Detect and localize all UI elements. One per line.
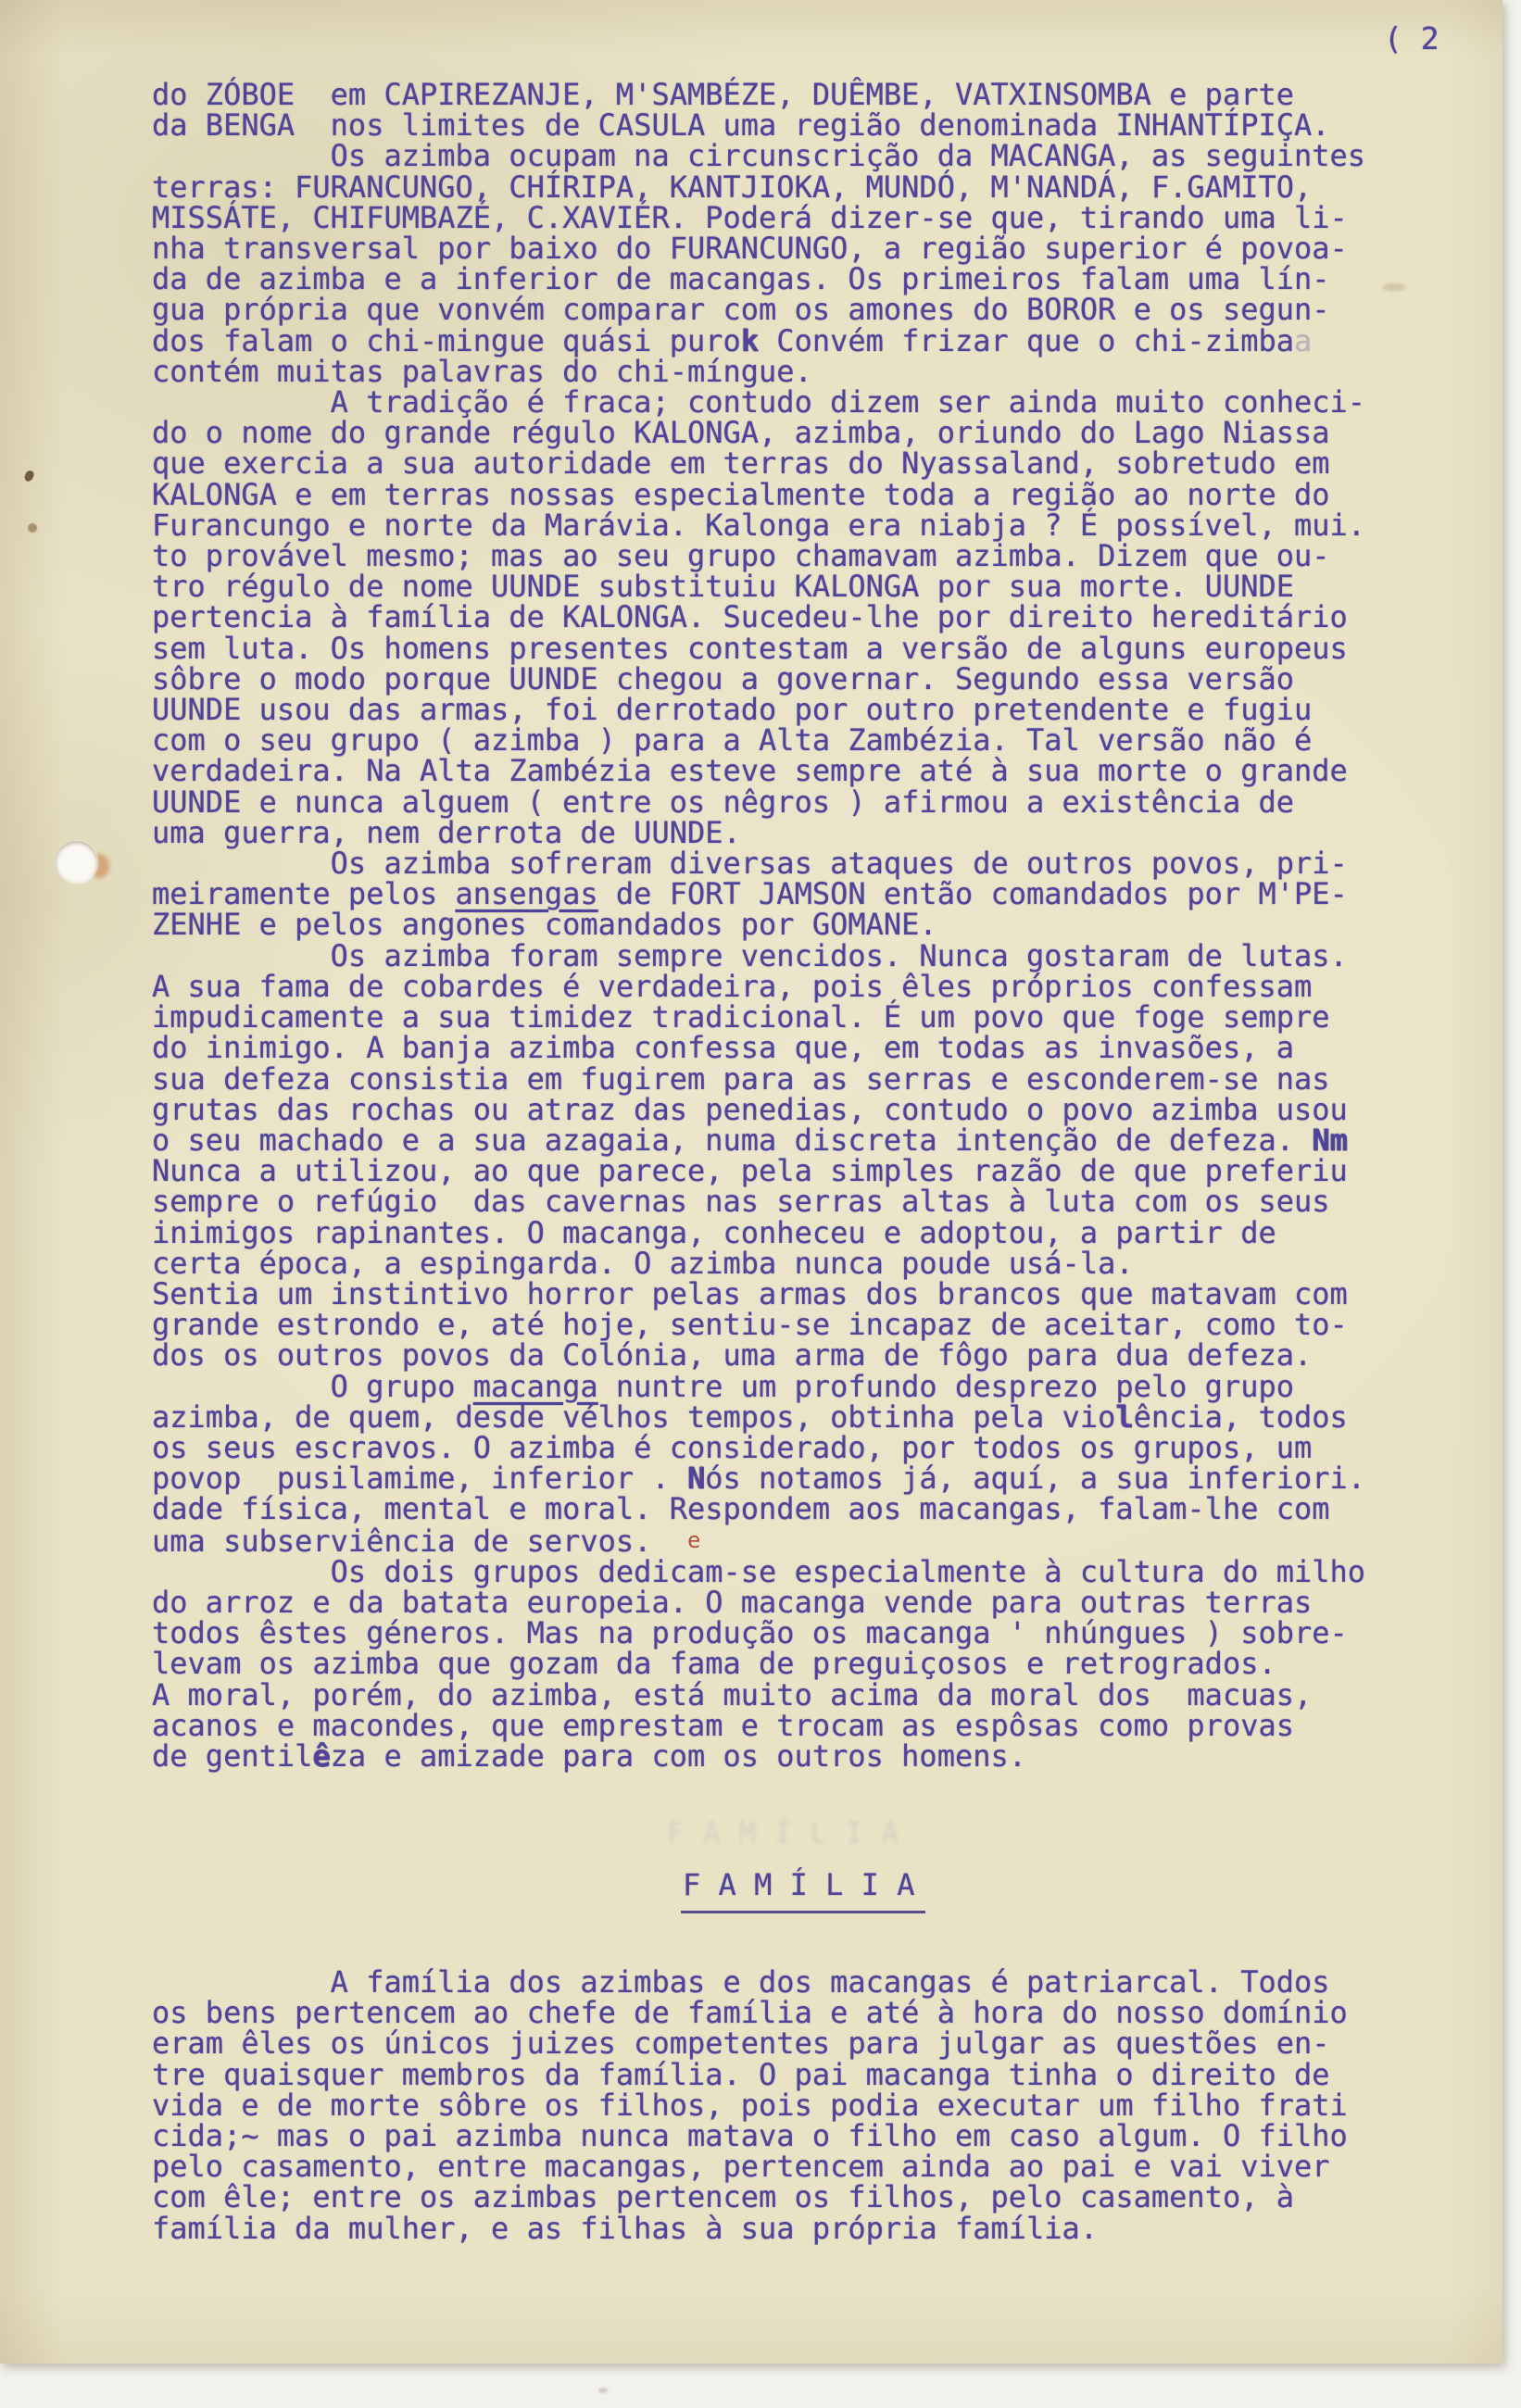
text-line: contém muitas palavras do chi-míngue.	[152, 357, 1365, 387]
text-line: pertencia à família de KALONGA. Sucedeu-…	[152, 602, 1365, 633]
underlined-word: macanga	[473, 1369, 598, 1404]
text-line: tre quaisquer membros da família. O pai …	[152, 2060, 1348, 2090]
text-line: KALONGA e em terras nossas especialmente…	[152, 480, 1365, 510]
text-line: todos êstes géneros. Mas na produção os …	[152, 1618, 1365, 1649]
text-line: grande estrondo e, até hoje, sentiu-se i…	[152, 1310, 1365, 1340]
text-line: de gentilêza e amizade para com os outro…	[152, 1741, 1365, 1772]
text-line: terras: FURANCUNGO, CHÍRIPA, KANTJIOKA, …	[152, 172, 1365, 203]
text-line: Nunca a utilizou, ao que parece, pela si…	[152, 1156, 1365, 1186]
text-line: gua própria que vonvém comparar com os a…	[152, 295, 1365, 325]
text-line: da de azimba e a inferior de macangas. O…	[152, 264, 1365, 295]
family-section-text-block: A família dos azimbas e dos macangas é p…	[152, 1967, 1348, 2244]
text-line: A tradição é fraca; contudo dizem ser ai…	[152, 387, 1365, 418]
text-line: dade física, mental e moral. Respondem a…	[152, 1494, 1365, 1524]
red-pencil-mark: e	[687, 1527, 700, 1553]
text-line: com êle; entre os azimbas pertencem os f…	[152, 2182, 1348, 2213]
text-line: pelo casamento, entre macangas, pertence…	[152, 2151, 1348, 2182]
text-line: eram êles os únicos juizes competentes p…	[152, 2028, 1348, 2059]
punch-hole	[56, 841, 97, 883]
text-line: povop pusilamime, inferior . Nós notamos…	[152, 1463, 1365, 1494]
text-line: os bens pertencem ao chefe de família e …	[152, 1998, 1348, 2028]
text-line: A família dos azimbas e dos macangas é p…	[152, 1967, 1348, 1998]
text-line: O grupo macanga nuntre um profundo despr…	[152, 1372, 1365, 1402]
text-line: que exercia a sua autoridade em terras d…	[152, 448, 1365, 479]
text-line: os seus escravos. O azimba é considerado…	[152, 1433, 1365, 1463]
text-line: certa época, a espingarda. O azimba nunc…	[152, 1248, 1365, 1279]
scanned-document: ( 2 do ZÓBOE em CAPIREZANJE, M'SAMBÉZE, …	[0, 0, 1521, 2408]
text-line: uma guerra, nem derrota de UUNDE.	[152, 818, 1365, 848]
text-line: uma subserviência de servos. e	[152, 1525, 1365, 1557]
text-line: sempre o refúgio das cavernas nas serras…	[152, 1186, 1365, 1217]
text-line: tro régulo de nome UUNDE substituiu KALO…	[152, 571, 1365, 602]
text-line: A moral, porém, do azimba, está muito ac…	[152, 1680, 1365, 1711]
paper-speck	[28, 523, 37, 533]
faint-typed-character: a	[1294, 323, 1312, 358]
text-line: meiramente pelos ansengas de FORT JAMSON…	[152, 879, 1365, 909]
text-line: sem luta. Os homens presentes contestam …	[152, 633, 1365, 664]
text-line: dos os outros povos da Colónia, uma arma…	[152, 1340, 1365, 1371]
text-line: do inimigo. A banja azimba confessa que,…	[152, 1033, 1365, 1063]
text-line: A sua fama de cobardes é verdadeira, poi…	[152, 972, 1365, 1002]
text-line: levam os azimba que gozam da fama de pre…	[152, 1649, 1365, 1679]
text-line: com o seu grupo ( azimba ) para a Alta Z…	[152, 725, 1365, 756]
text-line: nha transversal por baixo do FURANCUNGO,…	[152, 233, 1365, 264]
text-line: do ZÓBOE em CAPIREZANJE, M'SAMBÉZE, DUÊM…	[152, 80, 1365, 110]
overstruck-typed-segment: k	[741, 323, 759, 358]
text-line: UUNDE e nunca alguem ( entre os nêgros )…	[152, 787, 1365, 818]
text-line: azimba, de quem, desde vélhos tempos, ob…	[152, 1402, 1365, 1433]
body-text-block: do ZÓBOE em CAPIREZANJE, M'SAMBÉZE, DUÊM…	[152, 80, 1365, 1772]
text-line: família da mulher, e as filhas à sua pró…	[152, 2214, 1348, 2244]
text-line: acanos e macondes, que emprestam e troca…	[152, 1711, 1365, 1741]
overstruck-typed-segment: ê	[312, 1738, 330, 1774]
text-line: Furancungo e norte da Marávia. Kalonga e…	[152, 510, 1365, 541]
scanner-background-mark	[598, 2388, 608, 2393]
page-number: ( 2	[1384, 20, 1439, 56]
text-line: dos falam o chi-mingue quási purok Convé…	[152, 326, 1365, 357]
section-heading: F A M Í L I A	[681, 1867, 925, 1913]
heading-ghost-impression: F A M Í L I A	[667, 1815, 899, 1850]
text-line: inimigos rapinantes. O macanga, conheceu…	[152, 1218, 1365, 1248]
text-line: o seu machado e a sua azagaia, numa disc…	[152, 1125, 1365, 1156]
text-line: vida e de morte sôbre os filhos, pois po…	[152, 2090, 1348, 2121]
text-line: sua defeza consistia em fugirem para as …	[152, 1064, 1365, 1095]
text-line: do o nome do grande régulo KALONGA, azim…	[152, 418, 1365, 448]
text-line: da BENGA nos limites de CASULA uma regiã…	[152, 110, 1365, 141]
text-line: verdadeira. Na Alta Zambézia esteve semp…	[152, 756, 1365, 786]
paper-speck	[23, 470, 35, 483]
text-line: MISSÁTE, CHIFUMBAZÉ, C.XAVIÉR. Poderá di…	[152, 203, 1365, 233]
text-line: sôbre o modo porque UUNDE chegou a gover…	[152, 664, 1365, 695]
text-line: impudicamente a sua timidez tradicional.…	[152, 1002, 1365, 1033]
text-line: Os dois grupos dedicam-se especialmente …	[152, 1557, 1365, 1587]
paper-speck	[1382, 283, 1406, 291]
text-line: Os azimba sofreram diversas ataques de o…	[152, 848, 1365, 879]
text-line: Os azimba ocupam na circunscrição da MAC…	[152, 141, 1365, 171]
text-line: to provável mesmo; mas ao seu grupo cham…	[152, 541, 1365, 571]
text-line: Os azimba foram sempre vencidos. Nunca g…	[152, 941, 1365, 972]
text-line: UUNDE usou das armas, foi derrotado por …	[152, 695, 1365, 725]
text-line: Sentia um instintivo horror pelas armas …	[152, 1279, 1365, 1310]
paper-sheet: ( 2 do ZÓBOE em CAPIREZANJE, M'SAMBÉZE, …	[0, 0, 1502, 2364]
text-line: cida;~ mas o pai azimba nunca matava o f…	[152, 2121, 1348, 2151]
text-line: do arroz e da batata europeia. O macanga…	[152, 1587, 1365, 1618]
text-line: ZENHE e pelos angones comandados por GOM…	[152, 909, 1365, 940]
text-line: grutas das rochas ou atraz das penedias,…	[152, 1095, 1365, 1125]
